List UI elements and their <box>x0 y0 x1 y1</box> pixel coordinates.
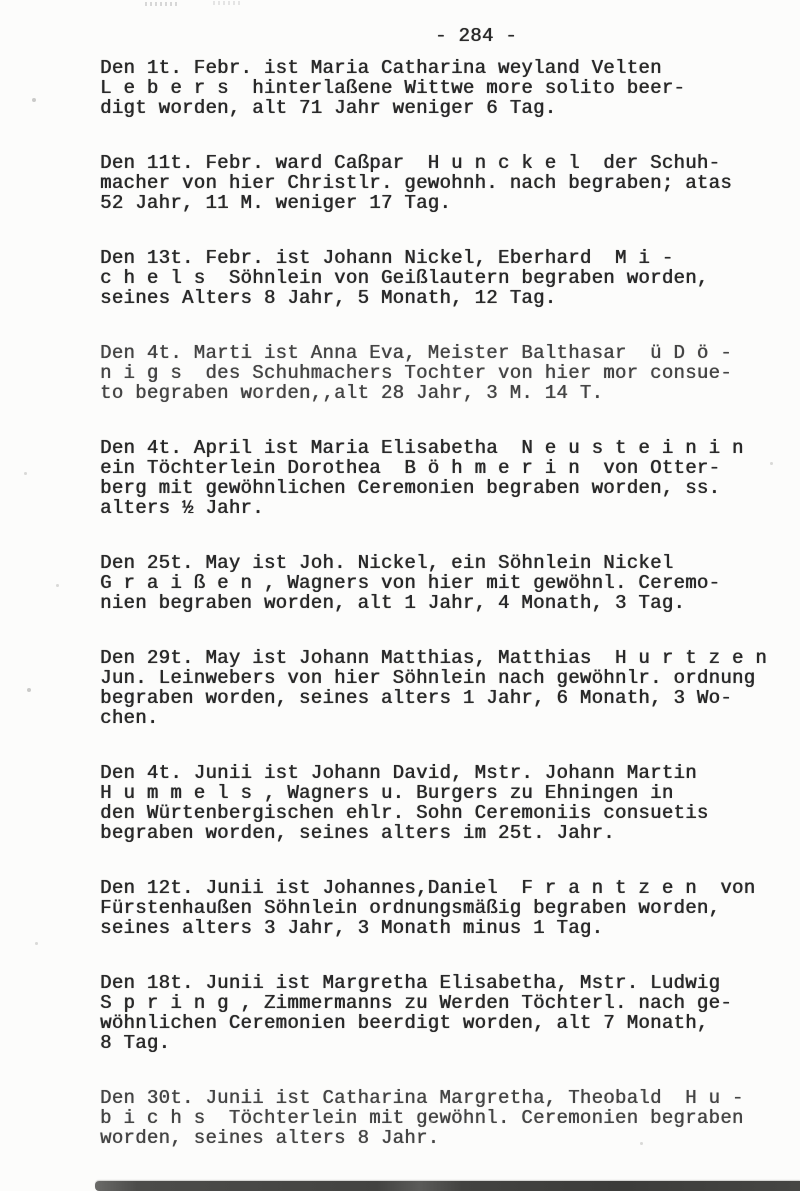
scanned-register-page: - 284 - Den 1t. Febr. ist Maria Catharin… <box>0 0 800 1191</box>
scan-smudge <box>145 2 179 6</box>
burial-entry: Den 4t. Marti ist Anna Eva, Meister Balt… <box>100 343 790 403</box>
scan-smudge <box>213 1 243 5</box>
scan-speck <box>24 472 27 475</box>
scan-speck <box>32 98 36 102</box>
burial-entry: Den 4t. April ist Maria Elisabetha N e u… <box>100 438 790 518</box>
page-number: - 284 - <box>100 26 790 46</box>
scan-edge-bar <box>95 1181 800 1191</box>
burial-entry: Den 12t. Junii ist Johannes,Daniel F r a… <box>100 878 790 938</box>
scan-speck <box>640 1142 643 1145</box>
scan-speck <box>35 942 38 945</box>
burial-entry: Den 18t. Junii ist Margretha Elisabetha,… <box>100 973 790 1053</box>
burial-entry: Den 25t. May ist Joh. Nickel, ein Söhnle… <box>100 553 790 613</box>
burial-entry: Den 11t. Febr. ward Caßpar H u n c k e l… <box>100 153 790 213</box>
burial-entry: Den 30t. Junii ist Catharina Margretha, … <box>100 1088 790 1148</box>
burial-entry: Den 29t. May ist Johann Matthias, Matthi… <box>100 648 790 728</box>
burial-entry: Den 1t. Febr. ist Maria Catharina weylan… <box>100 58 790 118</box>
scan-speck <box>430 1120 433 1123</box>
page-content: - 284 - Den 1t. Febr. ist Maria Catharin… <box>100 26 790 1183</box>
scan-speck <box>27 688 31 692</box>
scan-speck <box>770 462 773 465</box>
burial-entry: Den 13t. Febr. ist Johann Nickel, Eberha… <box>100 248 790 308</box>
burial-entry: Den 4t. Junii ist Johann David, Mstr. Jo… <box>100 763 790 843</box>
scan-speck <box>56 584 59 587</box>
